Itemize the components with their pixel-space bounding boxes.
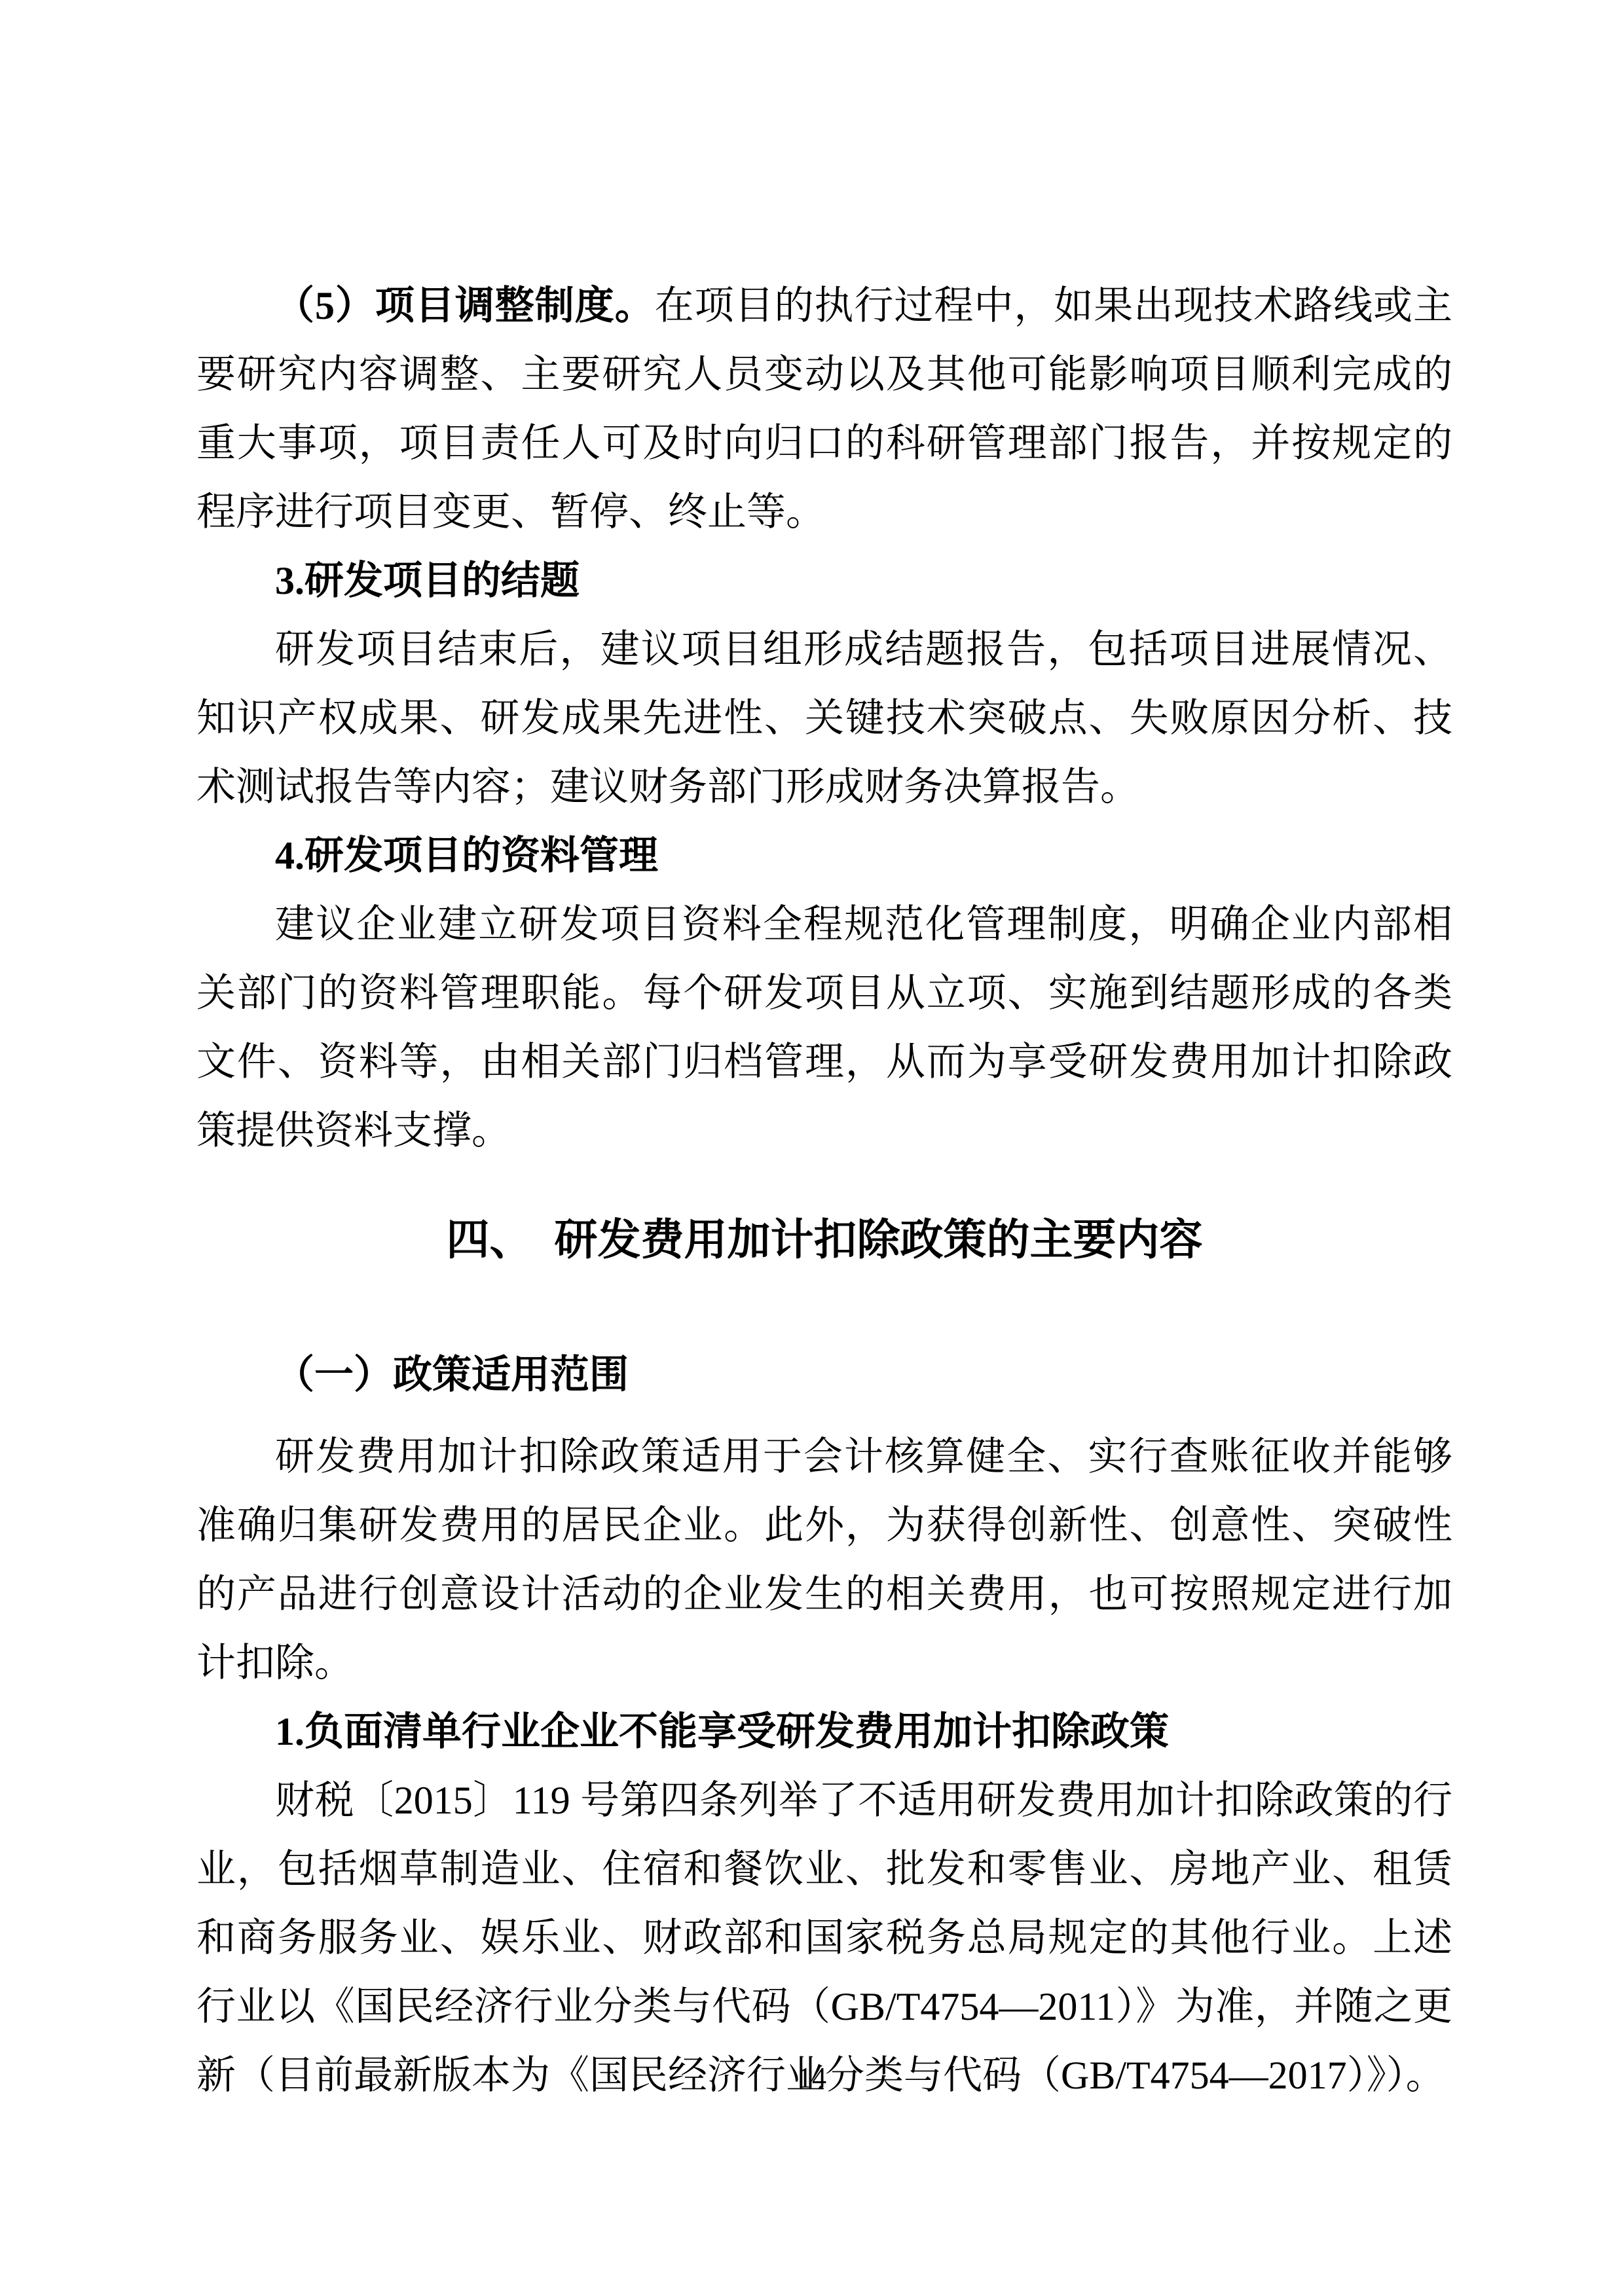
section-heading-main: 四、 研发费用加计扣除政策的主要内容 <box>196 1203 1452 1275</box>
document-page: （5）项目调整制度。在项目的执行过程中，如果出现技术路线或主要研究内容调整、主要… <box>0 0 1624 2296</box>
paragraph-project-adjustment: （5）项目调整制度。在项目的执行过程中，如果出现技术路线或主要研究内容调整、主要… <box>196 272 1452 547</box>
heading-project-conclusion: 3.研发项目的结题 <box>196 547 1452 615</box>
paragraph-negative-list: 财税〔2015〕119 号第四条列举了不适用研发费用加计扣除政策的行业，包括烟草… <box>196 1766 1452 2110</box>
document-body: （5）项目调整制度。在项目的执行过程中，如果出现技术路线或主要研究内容调整、主要… <box>196 272 1452 2110</box>
heading-negative-list: 1.负面清单行业企业不能享受研发费用加计扣除政策 <box>196 1698 1452 1766</box>
heading-project-archive: 4.研发项目的资料管理 <box>196 822 1452 890</box>
paragraph-project-adjustment-lead: （5）项目调整制度。 <box>275 284 655 327</box>
paragraph-project-archive: 建议企业建立研发项目资料全程规范化管理制度，明确企业内部相关部门的资料管理职能。… <box>196 890 1452 1165</box>
heading-policy-scope: （一）政策适用范围 <box>196 1341 1452 1410</box>
page-number: 14 <box>0 2062 1624 2094</box>
paragraph-policy-scope: 研发费用加计扣除政策适用于会计核算健全、实行查账征收并能够准确归集研发费用的居民… <box>196 1423 1452 1698</box>
paragraph-project-conclusion: 研发项目结束后，建议项目组形成结题报告，包括项目进展情况、知识产权成果、研发成果… <box>196 615 1452 822</box>
